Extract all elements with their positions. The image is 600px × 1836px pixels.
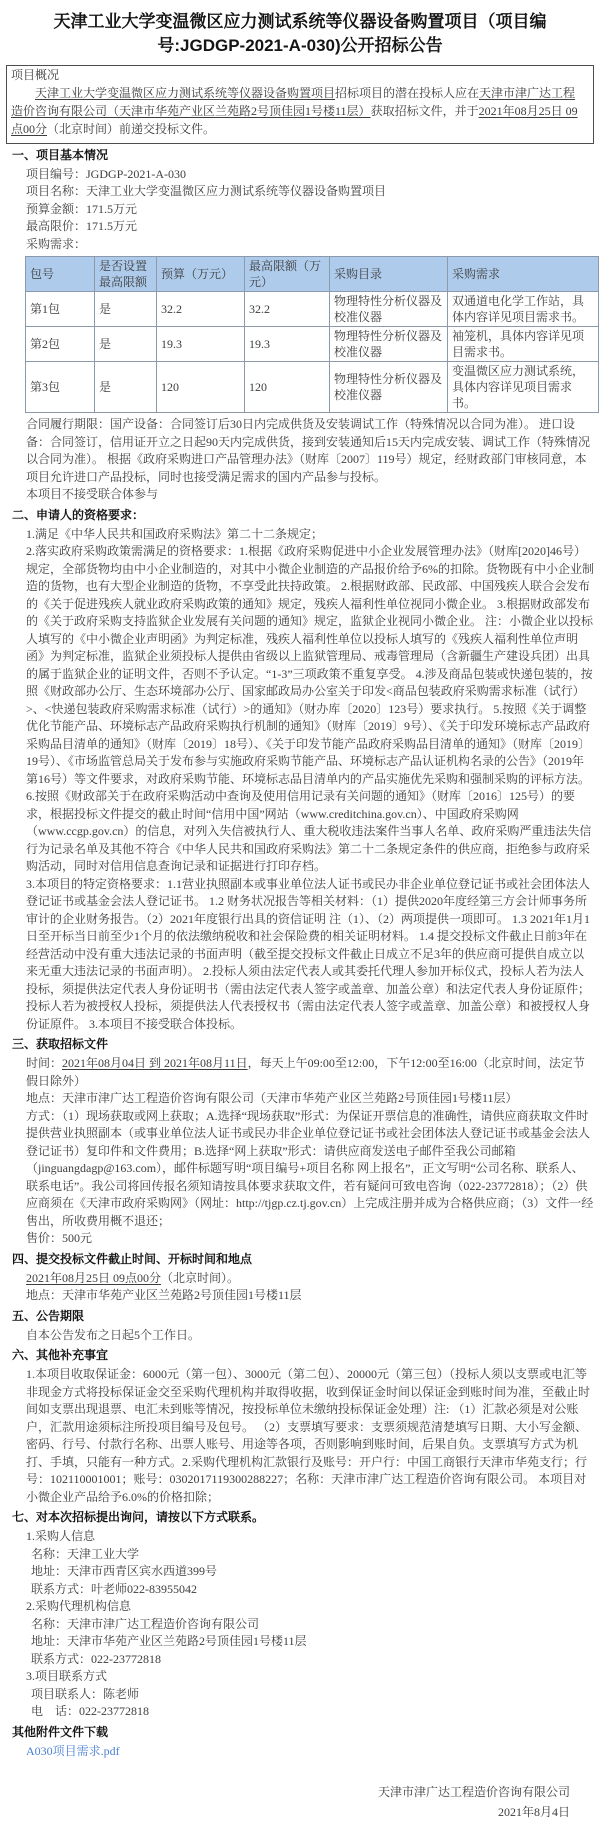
cell-cap: 19.3 [245,327,330,362]
section-heading: 七、对本次招标提出询问，请按以下方式联系。 [12,1509,594,1526]
section-qualification: 二、申请人的资格要求： 1.满足《中华人民共和国政府采购法》第二十二条规定； 2… [4,507,596,1034]
cell-has-cap: 是 [95,292,157,327]
section-contacts: 七、对本次招标提出询问，请按以下方式联系。 1.采购人信息 名称：天津工业大学 … [4,1509,596,1721]
section-supplementary: 六、其他补充事宜 1.本项目收取保证金：6000元（第一包）、3000元（第二包… [4,1347,596,1506]
section-heading: 六、其他补充事宜 [12,1347,594,1364]
buyer-name: 名称：天津工业大学 [31,1546,594,1564]
no-consortium-line: 本项目不接受联合体参与 [26,486,594,504]
agency-name: 名称：天津市津广达工程造价咨询有限公司 [31,1616,594,1634]
max-price-line: 最高限价：171.5万元 [26,218,594,236]
announcement-period-line: 自本公告发布之日起5个工作日。 [26,1327,594,1345]
cell-budget: 32.2 [157,292,245,327]
obtain-place-line: 地点：天津市津广达工程造价咨询有限公司（天津市华苑产业区兰苑路2号顶佳园1号楼1… [26,1090,594,1108]
time-label: 时间： [26,1056,62,1070]
attachments-heading: 其他附件文件下载 [12,1724,594,1741]
section-heading: 三、获取招标文件 [12,1036,594,1053]
col-header-package: 包号 [26,257,95,292]
cell-demand: 袖笼机，具体内容详见项目需求书。 [448,327,599,362]
demand-label: 采购需求： [26,236,594,254]
cell-cap: 120 [245,362,330,413]
cell-has-cap: 是 [95,327,157,362]
obtain-method-paragraph: 方式：（1）现场获取或网上获取；A.选择“现场获取”形式：为保证开票信息的准确性… [26,1108,594,1231]
table-row: 第2包 是 19.3 19.3 物理特性分析仪器及校准仪器 袖笼机，具体内容详见… [26,327,599,362]
obtain-date-range: 2021年08月04日 到 2021年08月11日 [62,1056,248,1070]
section-heading: 二、申请人的资格要求： [12,507,594,524]
col-header-catalog: 采购目录 [330,257,448,292]
bid-deadline-line: 2021年08月25日 09点00分（北京时间）。 [26,1270,594,1288]
overview-project-name: 天津工业大学变温微区应力测试系统等仪器设备购置项目 [35,86,335,100]
overview-paragraph: 天津工业大学变温微区应力测试系统等仪器设备购置项目招标项目的潜在投标人应在天津市… [11,84,587,138]
bid-deadline-tail: （北京时间）。 [161,1271,239,1285]
cell-budget: 120 [157,362,245,413]
project-contact-label: 3.项目联系方式 [26,1668,594,1686]
agency-info-label: 2.采购代理机构信息 [26,1598,594,1616]
section-attachments: 其他附件文件下载 A030项目需求.pdf [4,1724,596,1761]
col-header-has-cap: 是否设置最高限额 [95,257,157,292]
cell-demand: 双通道电化学工作站，具体内容详见项目需求书。 [448,292,599,327]
section-obtain-documents: 三、获取招标文件 时间：2021年08月04日 到 2021年08月11日，每天… [4,1036,596,1248]
section-bid-deadline: 四、提交投标文件截止时间、开标时间和地点 2021年08月25日 09点00分（… [4,1251,596,1305]
document-price-line: 售价：500元 [26,1230,594,1248]
project-overview-box: 项目概况 天津工业大学变温微区应力测试系统等仪器设备购置项目招标项目的潜在投标人… [6,65,594,144]
section-announcement-period: 五、公告期限 自本公告发布之日起5个工作日。 [4,1308,596,1345]
cell-catalog: 物理特性分析仪器及校准仪器 [330,327,448,362]
buyer-contact: 联系方式：叶老师022-83955042 [31,1581,594,1599]
section-heading: 四、提交投标文件截止时间、开标时间和地点 [12,1251,594,1268]
page-title: 天津工业大学变温微区应力测试系统等仪器设备购置项目（项目编号:JGDGP-202… [30,10,570,58]
cell-package: 第2包 [26,327,95,362]
attachment-link[interactable]: A030项目需求.pdf [26,1743,120,1761]
cell-budget: 19.3 [157,327,245,362]
section-heading: 一、项目基本情况 [12,147,594,164]
signature-org: 天津市津广达工程造价咨询有限公司 [4,1782,570,1802]
col-header-cap: 最高限额（万元） [245,257,330,292]
cell-package: 第1包 [26,292,95,327]
qualification-item-1: 1.满足《中华人民共和国政府采购法》第二十二条规定； [26,526,594,544]
table-row: 第1包 是 32.2 32.2 物理特性分析仪器及校准仪器 双通道电化学工作站，… [26,292,599,327]
cell-has-cap: 是 [95,362,157,413]
signature-date: 2021年8月4日 [4,1802,570,1822]
table-header-row: 包号 是否设置最高限额 预算（万元） 最高限额（万元） 采购目录 采购需求 [26,257,599,292]
col-header-demand: 采购需求 [448,257,599,292]
agency-contact: 联系方式：022-23772818 [31,1651,594,1669]
overview-text: 获取招标文件，并于 [371,104,479,118]
project-contact-phone: 电 话：022-23772818 [31,1703,594,1721]
budget-line: 预算金额：171.5万元 [26,201,594,219]
cell-demand: 变温微区应力测试系统，具体内容详见项目需求书。 [448,362,599,413]
qualification-item-2: 2.落实政府采购政策需满足的资格要求：1.根据《政府采购促进中小企业发展管理办法… [26,543,594,876]
overview-text: （北京时间）前递交投标文件。 [47,122,215,136]
overview-label: 项目概况 [11,67,587,84]
procurement-packages-table: 包号 是否设置最高限额 预算（万元） 最高限额（万元） 采购目录 采购需求 第1… [25,256,599,413]
bid-place-line: 地点：天津市华苑产业区兰苑路2号顶佳园1号楼11层 [26,1287,594,1305]
qualification-item-3: 3.本项目的特定资格要求：1.1营业执照副本或事业单位法人证书或民办非企业单位登… [26,876,594,1034]
overview-text: 招标项目的潜在投标人应在 [335,86,479,100]
project-number-line: 项目编号：JGDGP-2021-A-030 [26,166,594,184]
section-heading: 五、公告期限 [12,1308,594,1325]
announcement-document: 天津工业大学变温微区应力测试系统等仪器设备购置项目（项目编号:JGDGP-202… [0,0,600,1836]
table-row: 第3包 是 120 120 物理特性分析仪器及校准仪器 变温微区应力测试系统，具… [26,362,599,413]
project-contact-person: 项目联系人：陈老师 [31,1686,594,1704]
buyer-address: 地址：天津市西青区宾水西道399号 [31,1563,594,1581]
project-name-line: 项目名称：天津工业大学变温微区应力测试系统等仪器设备购置项目 [26,183,594,201]
section-basic-info: 一、项目基本情况 项目编号：JGDGP-2021-A-030 项目名称：天津工业… [4,147,596,504]
col-header-budget: 预算（万元） [157,257,245,292]
cell-package: 第3包 [26,362,95,413]
bid-deadline-datetime: 2021年08月25日 09点00分 [26,1271,161,1285]
buyer-info-label: 1.采购人信息 [26,1528,594,1546]
contract-term-paragraph: 合同履行期限：国产设备：合同签订后30日内完成供货及安装调试工作（特殊情况以合同… [26,416,594,486]
agency-address: 地址：天津市华苑产业区兰苑路2号顶佳园1号楼11层 [31,1633,594,1651]
cell-catalog: 物理特性分析仪器及校准仪器 [330,362,448,413]
signature-block: 天津市津广达工程造价咨询有限公司 2021年8月4日 [4,1782,596,1822]
obtain-time-line: 时间：2021年08月04日 到 2021年08月11日，每天上午09:00至1… [26,1055,594,1090]
supplementary-paragraph: 1.本项目收取保证金：6000元（第一包）、3000元（第二包）、20000元（… [26,1366,594,1506]
cell-catalog: 物理特性分析仪器及校准仪器 [330,292,448,327]
cell-cap: 32.2 [245,292,330,327]
